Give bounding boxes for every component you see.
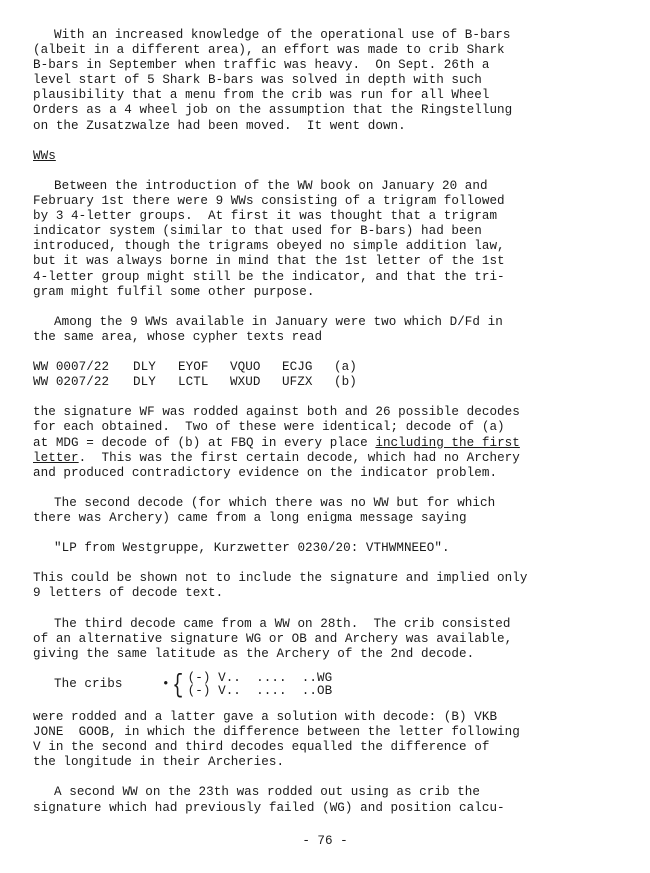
cipher-row-a: WW 0007/22DLYEYOFVQUOECJG(a) [33, 360, 623, 375]
crib-row: (-) V.. .... ..OB [188, 685, 333, 698]
text-line: letter. This was the first certain decod… [33, 451, 623, 466]
text-line: Orders as a 4 wheel job on the assumptio… [33, 103, 623, 118]
section-heading: WWs [33, 149, 623, 164]
text-line: This could be shown not to include the s… [33, 571, 623, 586]
text-line: at MDG = decode of (b) at FBQ in every p… [33, 436, 623, 451]
cipher-group: DLY [133, 360, 178, 375]
underlined-text: including the first [375, 436, 520, 450]
text-line: A second WW on the 23th was rodded out u… [33, 785, 623, 800]
cipher-texts: WW 0007/22DLYEYOFVQUOECJG(a) WW 0207/22D… [33, 360, 623, 390]
paragraph-could-be-shown: This could be shown not to include the s… [33, 571, 623, 601]
paragraph-among-nine: Among the 9 WWs available in January wer… [33, 315, 623, 345]
text-line: gram might fulfil some other purpose. [33, 285, 623, 300]
text-line: introduced, though the trigrams obeyed n… [33, 239, 623, 254]
text-line: by 3 4-letter groups. At first it was th… [33, 209, 623, 224]
document-page: With an increased knowledge of the opera… [33, 28, 623, 816]
text-line: and produced contradictory evidence on t… [33, 466, 623, 481]
text-span: at MDG = decode of (b) at FBQ in every p… [33, 436, 375, 450]
paragraph-were-rodded: were rodded and a latter gave a solution… [33, 710, 623, 770]
text-line: giving the same latitude as the Archery … [33, 647, 623, 662]
text-line: the signature WF was rodded against both… [33, 405, 623, 420]
paragraph-second-decode: The second decode (for which there was n… [33, 496, 623, 526]
bullet-marker: • [162, 677, 170, 692]
crib-row: (-) V.. .... ..WG [188, 672, 333, 685]
text-line: Among the 9 WWs available in January wer… [33, 315, 623, 330]
text-line: 4-letter group might still be the indica… [33, 270, 623, 285]
cipher-tag: (b) [334, 375, 357, 390]
cipher-group: VQUO [230, 360, 282, 375]
paragraph-signature-rodded: the signature WF was rodded against both… [33, 405, 623, 480]
cribs-rows: (-) V.. .... ..WG (-) V.. .... ..OB [188, 672, 333, 698]
cipher-id: WW 0007/22 [33, 360, 133, 375]
text-line: level start of 5 Shark B-bars was solved… [33, 73, 623, 88]
text-line: Between the introduction of the WW book … [33, 179, 623, 194]
text-line: the same area, whose cypher texts read [33, 330, 623, 345]
text-span: . This was the first certain decode, whi… [79, 451, 520, 465]
text-line: The second decode (for which there was n… [33, 496, 623, 511]
cipher-row-b: WW 0207/22DLYLCTLWXUDUFZX(b) [33, 375, 623, 390]
text-line: but it was always borne in mind that the… [33, 254, 623, 269]
cipher-group: ECJG [282, 360, 334, 375]
text-line: were rodded and a latter gave a solution… [33, 710, 623, 725]
text-line: (albeit in a different area), an effort … [33, 43, 623, 58]
text-line: V in the second and third decodes equall… [33, 740, 623, 755]
text-line: of an alternative signature WG or OB and… [33, 632, 623, 647]
paragraph-second-ww: A second WW on the 23th was rodded out u… [33, 785, 623, 815]
text-line: JONE GOOB, in which the difference betwe… [33, 725, 623, 740]
text-line: With an increased knowledge of the opera… [33, 28, 623, 43]
text-line: plausibility that a menu from the crib w… [33, 88, 623, 103]
text-line: indicator system (similar to that used f… [33, 224, 623, 239]
text-line: The third decode came from a WW on 28th.… [33, 617, 623, 632]
paragraph-shark-bbars: With an increased knowledge of the opera… [33, 28, 623, 134]
text-line: February 1st there were 9 WWs consisting… [33, 194, 623, 209]
cipher-group: EYOF [178, 360, 230, 375]
text-line: on the Zusatzwalze had been moved. It we… [33, 119, 623, 134]
text-line: the longitude in their Archeries. [33, 755, 623, 770]
quoted-message: "LP from Westgruppe, Kurzwetter 0230/20:… [33, 541, 623, 556]
text-line: for each obtained. Two of these were ide… [33, 420, 623, 435]
cipher-id: WW 0207/22 [33, 375, 133, 390]
cipher-group: UFZX [282, 375, 334, 390]
paragraph-ww-book: Between the introduction of the WW book … [33, 179, 623, 300]
text-line: 9 letters of decode text. [33, 586, 623, 601]
text-line: signature which had previously failed (W… [33, 801, 623, 816]
underlined-text: letter [33, 451, 79, 465]
paragraph-third-decode: The third decode came from a WW on 28th.… [33, 617, 623, 662]
cribs-label: The cribs [54, 677, 162, 692]
page-number: - 76 - [0, 834, 650, 848]
text-line: there was Archery) came from a long enig… [33, 511, 623, 526]
cipher-tag: (a) [334, 360, 357, 375]
cipher-group: DLY [133, 375, 178, 390]
cipher-group: WXUD [230, 375, 282, 390]
cribs-block: The cribs • { (-) V.. .... ..WG (-) V.. … [33, 670, 623, 700]
brace-icon: { [172, 670, 183, 700]
cipher-group: LCTL [178, 375, 230, 390]
text-line: B-bars in September when traffic was hea… [33, 58, 623, 73]
